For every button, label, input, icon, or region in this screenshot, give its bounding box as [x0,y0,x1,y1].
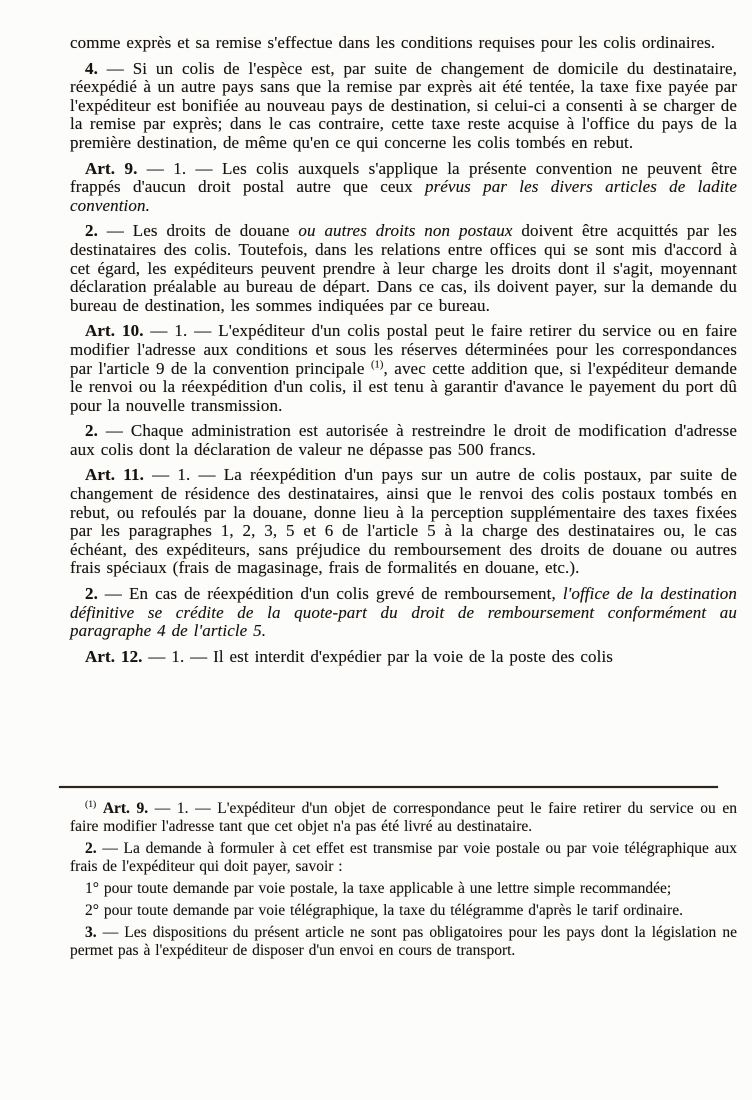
text-run: 2. [85,584,98,603]
footnote-separator [59,786,718,788]
paragraph: 2. — Chaque administration est autorisée… [70,422,737,459]
text-run: 2. [85,421,98,440]
text-run: Art. 9. [85,159,137,178]
paragraph: 3. — Les dispositions du présent article… [70,924,737,960]
paragraph: comme exprès et sa remise s'effectue dan… [70,34,737,53]
text-run: — Chaque administration est autorisée à … [70,421,737,459]
text-run: — Si un colis de l'espèce est, par suite… [70,59,737,152]
text-run: Art. 11. [85,465,144,484]
text-run: — Les droits de douane [98,221,298,240]
text-run: — Les dispositions du présent article ne… [70,924,737,959]
paragraph: Art. 10. — 1. — L'expéditeur d'un colis … [70,322,737,415]
paragraph: 2. — La demande à formuler à cet effet e… [70,840,737,876]
text-run: 2. [85,221,98,240]
paragraph: 1° pour toute demande par voie postale, … [70,880,737,898]
text-run: 1° pour toute demande par voie postale, … [85,880,671,897]
text-run: 3. [85,924,97,941]
text-run: — En cas de réexpédition d'un colis grev… [98,584,563,603]
paragraph: (1) Art. 9. — 1. — L'expéditeur d'un obj… [70,800,737,836]
paragraph: 2. — Les droits de douane ou autres droi… [70,222,737,315]
text-run: 2° pour toute demande par voie télégraph… [85,902,683,919]
text-run: — 1. — L'expéditeur d'un objet de corres… [70,800,737,835]
text-run: Art. 12. [85,647,143,666]
footnote-reference: (1) [371,359,384,370]
text-run: — 1. — La réexpédition d'un pays sur un … [70,465,737,577]
footnote-reference: (1) [85,799,96,810]
footnote-block: (1) Art. 9. — 1. — L'expéditeur d'un obj… [70,800,737,964]
paragraph: 2. — En cas de réexpédition d'un colis g… [70,585,737,641]
text-run: 2. [85,840,97,857]
text-run: Art. 9. [103,800,148,817]
document-page: comme exprès et sa remise s'effectue dan… [0,0,752,1100]
main-text-block: comme exprès et sa remise s'effectue dan… [70,34,737,673]
text-run: ou autres droits non postaux [298,221,512,240]
text-run: — La demande à formuler à cet effet est … [70,840,737,875]
paragraph: 4. — Si un colis de l'espèce est, par su… [70,60,737,153]
paragraph: 2° pour toute demande par voie télégraph… [70,902,737,920]
paragraph: Art. 12. — 1. — Il est interdit d'expédi… [70,648,737,667]
text-run: comme exprès et sa remise s'effectue dan… [70,33,715,52]
paragraph: Art. 9. — 1. — Les colis auxquels s'appl… [70,160,737,216]
text-run [96,800,103,817]
text-run: Art. 10. [85,321,144,340]
text-run: — 1. — Il est interdit d'expédier par la… [143,647,613,666]
paragraph: Art. 11. — 1. — La réexpédition d'un pay… [70,466,737,578]
text-run: 4. [85,59,98,78]
